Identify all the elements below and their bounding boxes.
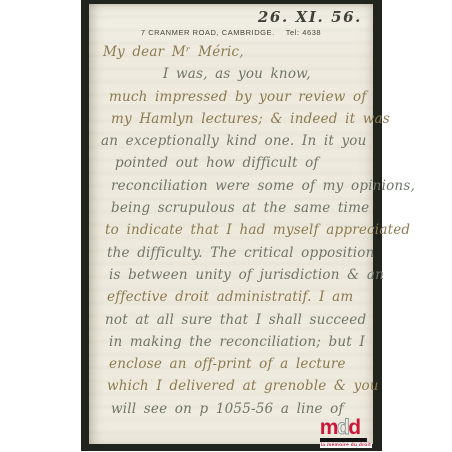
letter-line: the difficulty. The critical opposition [107, 242, 373, 264]
scanned-letter: 7 CRANMER ROAD, CAMBRIDGE.Tel: 4638 26. … [81, 0, 382, 451]
letter-line: effective droit administratif. I am [107, 286, 373, 308]
letter-paper: 7 CRANMER ROAD, CAMBRIDGE.Tel: 4638 26. … [89, 4, 373, 444]
letter-line: to indicate that I had myself appreciate… [105, 219, 373, 241]
letterhead-address: 7 CRANMER ROAD, CAMBRIDGE. [141, 28, 275, 37]
letterhead-telephone: Tel: 4638 [286, 28, 321, 37]
letter-line: is between unity of jurisdiction & an [109, 264, 373, 286]
mdd-letter-m: m [320, 416, 337, 439]
letter-line: which I delivered at grenoble & you [107, 375, 373, 397]
mdd-letter-d-outline: d [337, 416, 348, 439]
letter-line: enclose an off-print of a lecture [109, 353, 373, 375]
letter-line: in making the reconciliation; but I [109, 331, 373, 353]
letter-line: pointed out how difficult of [115, 152, 373, 174]
letter-line: being scrupulous at the same time [111, 197, 373, 219]
letterhead: 7 CRANMER ROAD, CAMBRIDGE.Tel: 4638 [89, 28, 373, 37]
handwritten-date: 26. XI. 56. [258, 8, 362, 26]
letter-line: not at all sure that I shall succeed [105, 309, 373, 331]
salutation-line: My dear Mʳ Méric, [103, 41, 373, 63]
letter-line: reconciliation were some of my opinions, [111, 175, 373, 197]
mdd-watermark-logo: mdd la mémoire du droit [320, 420, 372, 448]
letter-line: much impressed by your review of [109, 86, 373, 108]
letter-line: I was, as you know, [163, 63, 373, 85]
letter-line: my Hamlyn lectures; & indeed it was [111, 108, 373, 130]
mdd-caption: la mémoire du droit [320, 443, 372, 448]
mdd-letters: mdd [320, 420, 372, 436]
letter-body: My dear Mʳ Méric, I was, as you know, mu… [101, 41, 373, 420]
mdd-letter-d: d [348, 416, 359, 439]
letter-line: an exceptionally kind one. In it you [101, 130, 373, 152]
